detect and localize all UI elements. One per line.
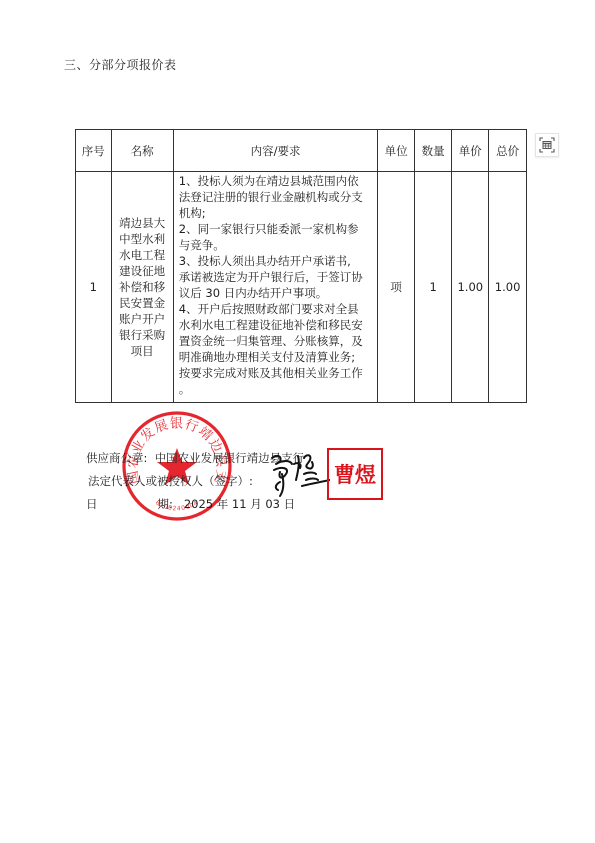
section-title: 三、分部分项报价表 [64,56,177,73]
header-total-price: 总价 [489,130,527,172]
header-content: 内容/要求 [173,130,378,172]
cell-total-price: 1.00 [489,172,527,403]
name-line: 项目 [118,343,167,359]
name-line: 建设征地 [118,263,167,279]
table-header-row: 序号 名称 内容/要求 单位 数量 单价 总价 [76,130,527,172]
cell-content: 1、投标人须为在靖边县城范围内依 法登记注册的银行业金融机构或分支 机构; 2、… [173,172,378,403]
content-line: 水利水电工程建设征地补偿和移民安 [179,317,374,333]
content-line: 按要求完成对账及其他相关业务工作 [179,365,374,381]
name-line: 水电工程 [118,247,167,263]
name-line: 中型水利 [118,231,167,247]
cell-unit-price: 1.00 [452,172,489,403]
table-expand-button[interactable] [535,133,559,157]
header-unit-price: 单价 [452,130,489,172]
content-line: 3、投标人须出具办结开户承诺书, [179,253,374,269]
content-line: 2、同一家银行只能委派一家机构参 [179,221,374,237]
content-line: 。 [179,381,374,397]
name-line: 账户开户 [118,311,167,327]
content-line: 法登记注册的银行业金融机构或分支 [179,189,374,205]
supplier-name: 中国农业发展银行靖边县支行 [155,451,305,465]
quote-table: 序号 名称 内容/要求 单位 数量 单价 总价 1 靖边县大 中型水利 水电工程… [75,129,527,403]
content-line: 置资金统一归集管理、分账核算，及 [179,333,374,349]
header-name: 名称 [111,130,173,172]
cell-unit: 项 [378,172,415,403]
content-line: 与竞争。 [179,237,374,253]
content-line: 机构; [179,205,374,221]
cell-quantity: 1 [414,172,452,403]
content-line: 4、开户后按照财政部门要求对全县 [179,301,374,317]
cell-seq: 1 [76,172,112,403]
content-line: 1、投标人须为在靖边县城范围内依 [179,173,374,189]
date-value: 2025 年 11 月 03 日 [184,497,295,511]
representative-line: 法定代表人或被授权人（签字）: [86,470,304,493]
supplier-seal-label: 供应商公章: [86,447,147,470]
name-line: 补偿和移 [118,279,167,295]
table-expand-icon [539,137,555,153]
signature-block: 供应商公章: 中国农业发展银行靖边县支行 法定代表人或被授权人（签字）: 日期:… [86,447,304,516]
name-line: 靖边县大 [118,215,167,231]
content-line: 议后 30 日内办结开户事项。 [179,285,374,301]
date-line: 日期: 2025 年 11 月 03 日 [86,493,304,516]
header-seq: 序号 [76,130,112,172]
representative-label: 法定代表人或被授权人（签字）: [88,474,253,488]
personal-name-seal: 曹煜 [327,448,383,500]
supplier-seal-line: 供应商公章: 中国农业发展银行靖边县支行 [86,447,304,470]
content-line: 承诺被选定为开户银行后，于签订协 [179,269,374,285]
cell-name: 靖边县大 中型水利 水电工程 建设征地 补偿和移 民安置金 账户开户 银行采购 … [111,172,173,403]
date-label-period: 期: [158,497,173,511]
name-line: 民安置金 [118,295,167,311]
header-quantity: 数量 [414,130,452,172]
header-unit: 单位 [378,130,415,172]
name-line: 银行采购 [118,327,167,343]
date-label-day: 日 [86,497,98,511]
table-row: 1 靖边县大 中型水利 水电工程 建设征地 补偿和移 民安置金 账户开户 银行采… [76,172,527,403]
content-line: 明准确地办理相关支付及清算业务; [179,349,374,365]
